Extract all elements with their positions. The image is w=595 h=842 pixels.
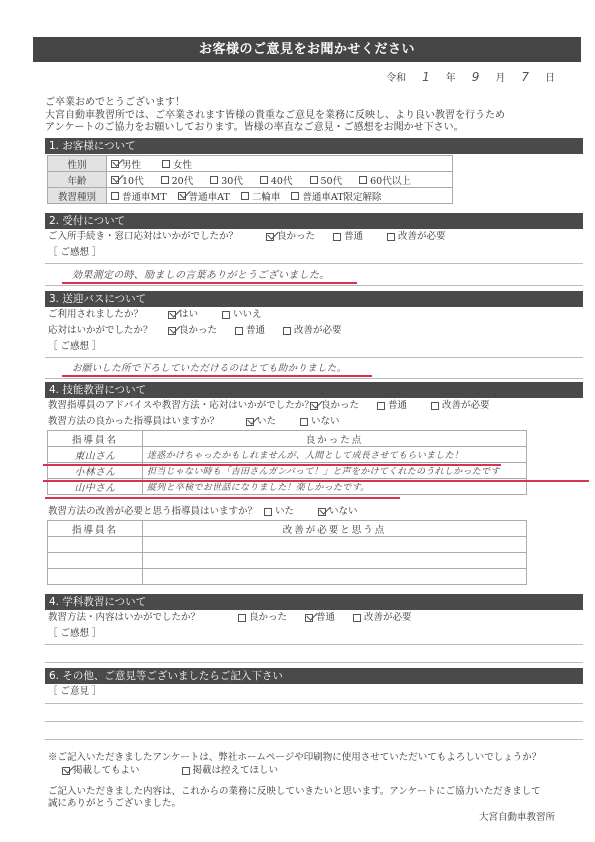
instructor-name-cell[interactable] <box>48 569 143 585</box>
instructor-eval-row: 教習指導員のアドバイスや教習方法・応対はいかがでしたか？ 良かった 普通 改善が… <box>48 399 508 413</box>
checkbox-icon[interactable] <box>182 767 190 775</box>
instructor-eval-normal-option[interactable]: 普通 <box>377 399 407 413</box>
instructor-name-cell[interactable] <box>48 537 143 553</box>
closing-text: ご記入いただきました内容は、これからの業務に反映していきたいと思います。アンケー… <box>48 786 541 810</box>
col-improve-points: 改善が必要と思う点 <box>143 521 527 537</box>
red-highlight-line <box>43 464 501 466</box>
section-6-header: 6. その他、ご意見等ございましたらご記入下さい <box>45 668 583 684</box>
divider <box>45 285 583 286</box>
date-day-label: 日 <box>545 69 555 84</box>
age-row: 年齢 10代 20代 30代 40代 50代 60代以上 <box>48 172 453 188</box>
checkbox-checked-icon[interactable] <box>178 192 186 200</box>
good-instructor-no-option[interactable]: いない <box>300 415 340 429</box>
red-highlight-line <box>62 375 372 377</box>
checkbox-icon[interactable] <box>377 402 385 410</box>
customer-info-table: 性別 男性 女性 年齢 10代 20代 30代 40代 50代 60代以上 教習… <box>47 155 453 204</box>
reception-good-option[interactable]: 良かった <box>266 230 315 244</box>
bus-used-row: ご利用されましたか？ はい いいえ <box>48 308 280 322</box>
checkbox-checked-icon[interactable] <box>318 508 326 516</box>
checkbox-icon[interactable] <box>222 311 230 319</box>
divider <box>45 378 583 379</box>
good-instructor-question: 教習方法の良かった指導員はいますか？ <box>48 415 246 429</box>
checkbox-checked-icon[interactable] <box>310 402 318 410</box>
col-good-points: 良かった点 <box>143 431 527 447</box>
checkbox-checked-icon[interactable] <box>168 327 176 335</box>
instructor-name-cell[interactable]: 東山さん <box>48 447 143 463</box>
bus-used-yes-option[interactable]: はい <box>168 308 198 322</box>
checkbox-icon[interactable] <box>291 192 299 200</box>
other-comment-input[interactable] <box>45 703 583 704</box>
lecture-normal-option[interactable]: 普通 <box>305 611 335 625</box>
table-header: 指導員名 改善が必要と思う点 <box>48 521 527 537</box>
reception-comment-input[interactable]: 効果測定の時、励ましの言葉ありがとうございました。 <box>72 266 330 281</box>
other-comment-label: ［ ご意見 ］ <box>48 685 102 699</box>
checkbox-checked-icon[interactable] <box>246 418 254 426</box>
lecture-question-row: 教習方法・内容はいかがでしたか？ 良かった 普通 改善が必要 <box>48 611 430 625</box>
table-row <box>48 537 527 553</box>
reception-normal-option[interactable]: 普通 <box>333 230 363 244</box>
red-highlight-line <box>62 282 357 284</box>
age-label: 年齢 <box>48 172 107 188</box>
checkbox-checked-icon[interactable] <box>266 233 274 241</box>
lecture-improve-option[interactable]: 改善が必要 <box>353 611 412 625</box>
gender-female-option[interactable]: 女性 <box>162 157 192 171</box>
bus-comment-input[interactable]: お願いした所で下ろしていただけるのはとても助かりました。 <box>72 360 346 374</box>
checkbox-icon[interactable] <box>431 402 439 410</box>
lecture-comment-label: ［ ご感想 ］ <box>48 627 102 641</box>
closing-line-2: 誠にありがとうございました。 <box>48 798 541 810</box>
date-year-value[interactable]: 1 <box>412 70 440 84</box>
checkbox-icon[interactable] <box>333 233 341 241</box>
table-row: 東山さん 迷惑かけちゃったかもしれませんが、人間として成長させてもらいました！ <box>48 447 527 463</box>
bus-used-question: ご利用されましたか？ <box>48 308 168 322</box>
col-instructor-name: 指導員名 <box>48 521 143 537</box>
table-header: 指導員名 良かった点 <box>48 431 527 447</box>
gender-label: 性別 <box>48 156 107 172</box>
section-2-header: 2. 受付について <box>45 213 583 229</box>
gender-row: 性別 男性 女性 <box>48 156 453 172</box>
checkbox-checked-icon[interactable] <box>62 767 70 775</box>
reception-improve-option[interactable]: 改善が必要 <box>387 230 446 244</box>
good-instructor-yes-option[interactable]: いた <box>246 415 276 429</box>
checkbox-icon[interactable] <box>210 176 218 184</box>
signature: 大宮自動車教習所 <box>479 812 555 824</box>
instructor-eval-improve-option[interactable]: 改善が必要 <box>431 399 490 413</box>
checkbox-checked-icon[interactable] <box>111 176 119 184</box>
bad-instructor-question: 教習方法の改善が必要と思う指導員はいますか？ <box>48 505 264 519</box>
age-20s-option[interactable]: 20代 <box>161 173 194 187</box>
divider <box>45 662 583 663</box>
bad-instructor-yes-option[interactable]: いた <box>264 505 294 519</box>
gender-male-option[interactable]: 男性 <box>111 157 141 171</box>
intro-text: ご卒業おめでとうございます！ 大宮自動車教習所では、ご卒業されます皆様の貴重なご… <box>45 97 565 135</box>
course-at-option[interactable]: 普通車AT <box>178 189 230 203</box>
date-field: 令和 1 年 9 月 7 日 <box>386 69 555 84</box>
checkbox-icon[interactable] <box>359 176 367 184</box>
date-month-label: 月 <box>495 69 505 84</box>
improve-instructor-table: 指導員名 改善が必要と思う点 <box>47 520 527 585</box>
checkbox-icon[interactable] <box>310 176 318 184</box>
checkbox-icon[interactable] <box>353 614 361 622</box>
checkbox-icon[interactable] <box>162 160 170 168</box>
improve-point-cell[interactable] <box>143 553 527 569</box>
bad-instructor-row: 教習方法の改善が必要と思う指導員はいますか？ いた いない <box>48 505 376 519</box>
reception-question: ご入所手続き・窓口応対はいかがでしたか？ <box>48 230 266 244</box>
improve-point-cell[interactable] <box>143 569 527 585</box>
section-5-header: 4. 学科教習について <box>45 594 583 610</box>
section-4-header: 4. 技能教習について <box>45 382 583 398</box>
checkbox-icon[interactable] <box>235 327 243 335</box>
divider <box>45 263 583 264</box>
course-type-row: 教習種別 普通車MT 普通車AT 二輪車 普通車AT限定解除 <box>48 188 453 204</box>
col-instructor-name: 指導員名 <box>48 431 143 447</box>
intro-line-3: アンケートのご協力をお願いしております。皆様の率直なご意見・ご感想をお聞かせ下さ… <box>45 122 565 135</box>
age-60s-plus-option[interactable]: 60代以上 <box>359 173 411 187</box>
divider <box>45 739 583 740</box>
intro-line-1: ご卒業おめでとうございます！ <box>45 97 565 110</box>
good-instructor-table: 指導員名 良かった点 東山さん 迷惑かけちゃったかもしれませんが、人間として成長… <box>47 430 527 495</box>
age-10s-option[interactable]: 10代 <box>111 173 144 187</box>
lecture-good-option[interactable]: 良かった <box>238 611 287 625</box>
course-type-label: 教習種別 <box>48 188 107 204</box>
divider <box>45 357 583 358</box>
good-point-cell[interactable]: 迷惑かけちゃったかもしれませんが、人間として成長させてもらいました！ <box>143 447 527 463</box>
section-1-header: 1. お客様について <box>45 138 583 154</box>
checkbox-checked-icon[interactable] <box>168 311 176 319</box>
checkbox-icon[interactable] <box>264 508 272 516</box>
course-mt-option[interactable]: 普通車MT <box>111 189 167 203</box>
table-row <box>48 569 527 585</box>
reception-question-row: ご入所手続き・窓口応対はいかがでしたか？ 良かった 普通 改善が必要 <box>48 230 464 244</box>
checkbox-icon[interactable] <box>260 176 268 184</box>
consent-allow-option[interactable]: 掲載してもよい <box>62 764 140 778</box>
section-3-header: 3. 送迎バスについて <box>45 291 583 307</box>
improve-point-cell[interactable] <box>143 537 527 553</box>
good-instructor-row: 教習方法の良かった指導員はいますか？ いた いない <box>48 415 358 429</box>
consent-deny-option[interactable]: 掲載は控えてほしい <box>182 764 279 778</box>
closing-line-1: ご記入いただきました内容は、これからの業務に反映していきたいと思います。アンケー… <box>48 786 541 798</box>
checkbox-icon[interactable] <box>161 176 169 184</box>
date-era: 令和 <box>386 69 406 84</box>
table-row <box>48 553 527 569</box>
checkbox-checked-icon[interactable] <box>111 160 119 168</box>
reception-comment-label: ［ ご感想 ］ <box>48 246 102 260</box>
bus-service-question: 応対はいかがでしたか？ <box>48 324 168 338</box>
red-highlight-line <box>45 497 400 499</box>
checkbox-icon[interactable] <box>300 418 308 426</box>
bus-used-no-option[interactable]: いいえ <box>222 308 262 322</box>
divider <box>45 721 583 722</box>
checkbox-icon[interactable] <box>241 192 249 200</box>
consent-question: ※ご記入いただきましたアンケートは、弊社ホームページや印刷物に使用させていただい… <box>48 752 541 764</box>
bus-service-normal-option[interactable]: 普通 <box>235 324 265 338</box>
age-50s-option[interactable]: 50代 <box>310 173 343 187</box>
age-30s-option[interactable]: 30代 <box>210 173 243 187</box>
course-at-limit-removal-option[interactable]: 普通車AT限定解除 <box>291 189 381 203</box>
instructor-eval-question: 教習指導員のアドバイスや教習方法・応対はいかがでしたか？ <box>48 399 310 413</box>
instructor-name-cell[interactable] <box>48 553 143 569</box>
bad-instructor-no-option[interactable]: いない <box>318 505 358 519</box>
date-day-value[interactable]: 7 <box>511 70 539 84</box>
date-month-value[interactable]: 9 <box>462 70 490 84</box>
checkbox-icon[interactable] <box>283 327 291 335</box>
instructor-eval-good-option[interactable]: 良かった <box>310 399 359 413</box>
form-title: お客様のご意見をお聞かせください <box>33 37 581 62</box>
checkbox-icon[interactable] <box>238 614 246 622</box>
age-40s-option[interactable]: 40代 <box>260 173 293 187</box>
checkbox-checked-icon[interactable] <box>305 614 313 622</box>
bus-comment-label: ［ ご感想 ］ <box>48 340 102 354</box>
checkbox-icon[interactable] <box>111 192 119 200</box>
bus-service-improve-option[interactable]: 改善が必要 <box>283 324 342 338</box>
lecture-comment-input[interactable] <box>45 644 583 645</box>
date-year-label: 年 <box>446 69 456 84</box>
intro-line-2: 大宮自動車教習所では、ご卒業されます皆様の貴重なご意見を業務に反映し、より良い教… <box>45 110 565 123</box>
checkbox-icon[interactable] <box>387 233 395 241</box>
lecture-question: 教習方法・内容はいかがでしたか？ <box>48 611 238 625</box>
consent-options-row: 掲載してもよい 掲載は控えてほしい <box>62 764 296 778</box>
course-motorcycle-option[interactable]: 二輪車 <box>241 189 281 203</box>
bus-service-good-option[interactable]: 良かった <box>168 324 217 338</box>
bus-service-row: 応対はいかがでしたか？ 良かった 普通 改善が必要 <box>48 324 360 338</box>
red-highlight-line <box>43 480 589 482</box>
